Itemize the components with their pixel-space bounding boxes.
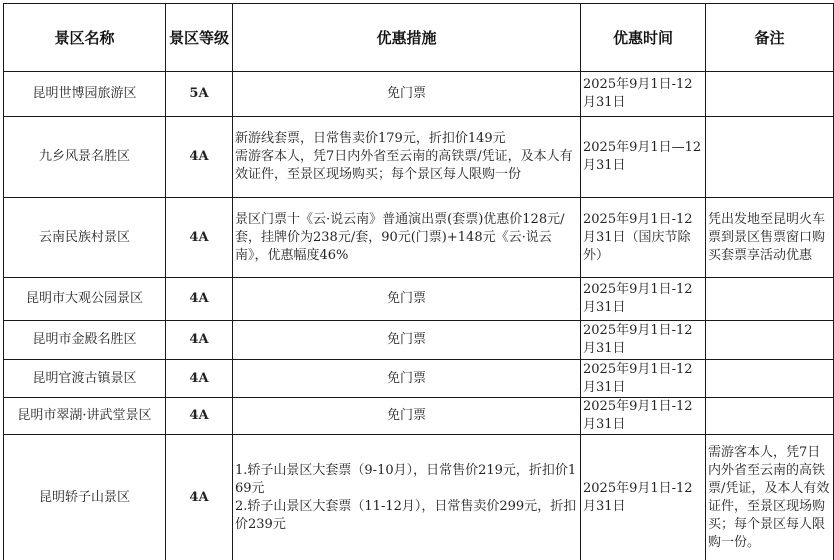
scenic-grade: 4A — [166, 278, 233, 321]
discount-time: 2025年9月1日-12月31日 — [581, 435, 706, 560]
discount-time: 2025年9月1日-12月31日 — [581, 278, 706, 321]
discount-measure: 免门票 — [233, 360, 581, 398]
scenic-grade: 4A — [166, 117, 233, 198]
remarks — [706, 360, 834, 398]
scenic-grade: 5A — [166, 72, 233, 117]
scenic-name: 昆明世博园旅游区 — [4, 72, 166, 117]
measure-line: 新游线套票，日常售卖价179元，折扣价149元 — [235, 130, 578, 148]
measure-line: 需游客本人，凭7日内外省至云南的高铁票/凭证，及本人有效证件，至景区现场购买；每… — [235, 148, 578, 184]
table-header-row: 景区名称 景区等级 优惠措施 优惠时间 备注 — [4, 4, 834, 72]
header-scenic-grade: 景区等级 — [166, 4, 233, 72]
remarks — [706, 278, 834, 321]
discount-measure: 免门票 — [233, 321, 581, 360]
discount-time: 2025年9月1日-12月31日 — [581, 321, 706, 360]
table-row: 九乡风景名胜区 4A 新游线套票，日常售卖价179元，折扣价149元 需游客本人… — [4, 117, 834, 198]
scenic-name: 昆明市金殿名胜区 — [4, 321, 166, 360]
discount-measure: 免门票 — [233, 72, 581, 117]
scenic-grade: 4A — [166, 435, 233, 560]
table-row: 昆明市翠湖·讲武堂景区 4A 免门票 2025年9月1日-12月31日 — [4, 398, 834, 435]
table-row: 昆明市大观公园景区 4A 免门票 2025年9月1日-12月31日 — [4, 278, 834, 321]
scenic-discount-table: 景区名称 景区等级 优惠措施 优惠时间 备注 昆明世博园旅游区 5A 免门票 2… — [3, 3, 834, 560]
scenic-name: 九乡风景名胜区 — [4, 117, 166, 198]
scenic-grade: 4A — [166, 198, 233, 278]
table-row: 昆明官渡古镇景区 4A 免门票 2025年9月1日-12月31日 — [4, 360, 834, 398]
remarks: 凭出发地至昆明火车票到景区售票窗口购买套票享活动优惠 — [706, 198, 834, 278]
discount-time: 2025年9月1日-12月31日 — [581, 72, 706, 117]
scenic-name: 云南民族村景区 — [4, 198, 166, 278]
remarks: 需游客本人，凭7日内外省至云南的高铁票/凭证，及本人有效证件，至景区现场购买；每… — [706, 435, 834, 560]
header-discount-measure: 优惠措施 — [233, 4, 581, 72]
discount-measure: 1.轿子山景区大套票（9-10月），日常售价219元，折扣价169元 2.轿子山… — [233, 435, 581, 560]
header-remarks: 备注 — [706, 4, 834, 72]
remarks — [706, 72, 834, 117]
remarks — [706, 398, 834, 435]
scenic-name: 昆明官渡古镇景区 — [4, 360, 166, 398]
discount-measure: 免门票 — [233, 398, 581, 435]
discount-time: 2025年9月1日-12月31日 — [581, 360, 706, 398]
measure-line: 1.轿子山景区大套票（9-10月），日常售价219元，折扣价169元 — [235, 462, 578, 498]
discount-time: 2025年9月1日-12月31日 — [581, 398, 706, 435]
discount-measure: 景区门票十《云·说云南》普通演出票(套票)优惠价128元/套，挂牌价为238元/… — [233, 198, 581, 278]
table-row: 昆明世博园旅游区 5A 免门票 2025年9月1日-12月31日 — [4, 72, 834, 117]
remarks — [706, 321, 834, 360]
scenic-name: 昆明市翠湖·讲武堂景区 — [4, 398, 166, 435]
table-row: 昆明市金殿名胜区 4A 免门票 2025年9月1日-12月31日 — [4, 321, 834, 360]
measure-line: 2.轿子山景区大套票（11-12月），日常售卖价299元，折扣价239元 — [235, 498, 578, 534]
table-row: 昆明轿子山景区 4A 1.轿子山景区大套票（9-10月），日常售价219元，折扣… — [4, 435, 834, 560]
discount-measure: 免门票 — [233, 278, 581, 321]
scenic-name: 昆明轿子山景区 — [4, 435, 166, 560]
scenic-name: 昆明市大观公园景区 — [4, 278, 166, 321]
header-scenic-name: 景区名称 — [4, 4, 166, 72]
header-discount-time: 优惠时间 — [581, 4, 706, 72]
remarks — [706, 117, 834, 198]
scenic-grade: 4A — [166, 398, 233, 435]
discount-measure: 新游线套票，日常售卖价179元，折扣价149元 需游客本人，凭7日内外省至云南的… — [233, 117, 581, 198]
discount-time: 2025年9月1日-12月31日（国庆节除外） — [581, 198, 706, 278]
table-row: 云南民族村景区 4A 景区门票十《云·说云南》普通演出票(套票)优惠价128元/… — [4, 198, 834, 278]
scenic-grade: 4A — [166, 321, 233, 360]
discount-time: 2025年9月1日—12月31日 — [581, 117, 706, 198]
scenic-grade: 4A — [166, 360, 233, 398]
